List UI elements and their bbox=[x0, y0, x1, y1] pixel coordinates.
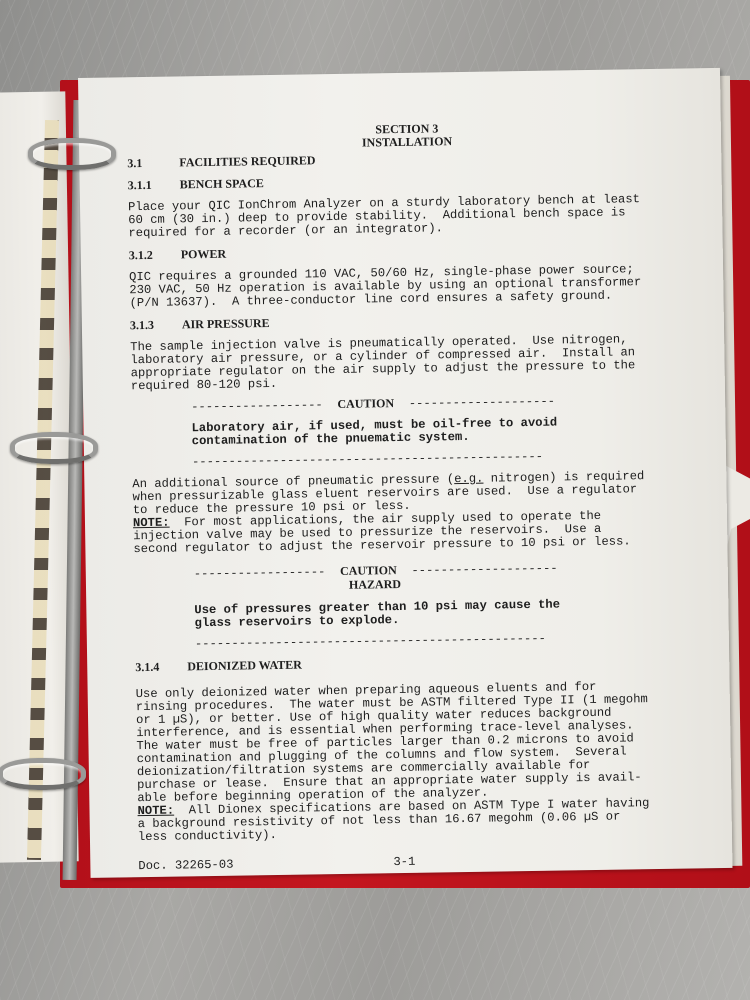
manual-page: SECTION 3 INSTALLATION 3.1FACILITIES REQ… bbox=[78, 68, 732, 878]
heading-3-1-4: 3.1.4DEIONIZED WATER bbox=[135, 652, 695, 674]
heading-text: AIR PRESSURE bbox=[182, 316, 270, 331]
caution-footer-rule: ----------------------------------------… bbox=[195, 630, 695, 651]
caution-box-hazard: ------------------ CAUTION -------------… bbox=[194, 559, 695, 651]
heading-number: 3.1 bbox=[127, 156, 179, 170]
note-reservoirs: NOTE: For most applications, the air sup… bbox=[133, 508, 694, 556]
binder-ring-bottom bbox=[0, 758, 86, 790]
doc-number: Doc. 32265-03 bbox=[138, 858, 233, 873]
rule-right: -------------------- bbox=[409, 395, 555, 411]
rule-left: ------------------ bbox=[194, 565, 326, 581]
heading-number: 3.1.2 bbox=[129, 248, 181, 262]
binder-ring-top bbox=[28, 138, 116, 170]
note-astm: NOTE: All Dionex specifications are base… bbox=[137, 796, 698, 844]
rule-left: ------------------ bbox=[191, 398, 323, 414]
rule-right: -------------------- bbox=[411, 562, 557, 578]
caution-label: CAUTION bbox=[337, 396, 394, 411]
power-paragraph: QIC requires a grounded 110 VAC, 50/60 H… bbox=[129, 262, 690, 310]
caution-header: ------------------ CAUTION -------------… bbox=[191, 392, 691, 414]
heading-3-1-3: 3.1.3AIR PRESSURE bbox=[130, 310, 690, 332]
page-number: 3-1 bbox=[393, 855, 415, 869]
air-pressure-paragraph: The sample injection valve is pneumatica… bbox=[130, 332, 691, 393]
heading-text: DEIONIZED WATER bbox=[187, 658, 302, 674]
page-content: SECTION 3 INSTALLATION 3.1FACILITIES REQ… bbox=[127, 118, 699, 873]
heading-text: POWER bbox=[181, 247, 227, 262]
heading-text: FACILITIES REQUIRED bbox=[179, 153, 315, 169]
deionized-water-paragraph: Use only deionized water when preparing … bbox=[136, 679, 698, 805]
heading-3-1-2: 3.1.2POWER bbox=[129, 240, 689, 262]
caution-text: Use of pressures greater than 10 psi may… bbox=[194, 596, 694, 630]
hazard-label: HAZARD bbox=[349, 573, 694, 591]
binder-ring-middle bbox=[10, 432, 98, 464]
heading-number: 3.1.4 bbox=[135, 660, 187, 674]
caution-box-oil-free: ------------------ CAUTION -------------… bbox=[191, 392, 692, 469]
heading-text: BENCH SPACE bbox=[180, 176, 264, 191]
bench-space-paragraph: Place your QIC IonChrom Analyzer on a st… bbox=[128, 192, 689, 240]
heading-3-1-1: 3.1.1BENCH SPACE bbox=[128, 170, 688, 192]
heading-number: 3.1.1 bbox=[128, 178, 180, 192]
note-text: All Dionex specifications are based on A… bbox=[138, 796, 650, 844]
heading-number: 3.1.3 bbox=[130, 318, 182, 332]
caution-footer-rule: ----------------------------------------… bbox=[192, 448, 692, 469]
caution-text: Laboratory air, if used, must be oil-fre… bbox=[191, 414, 691, 448]
note-text: For most applications, the air supply us… bbox=[133, 509, 631, 556]
caution-label: CAUTION bbox=[340, 563, 397, 578]
